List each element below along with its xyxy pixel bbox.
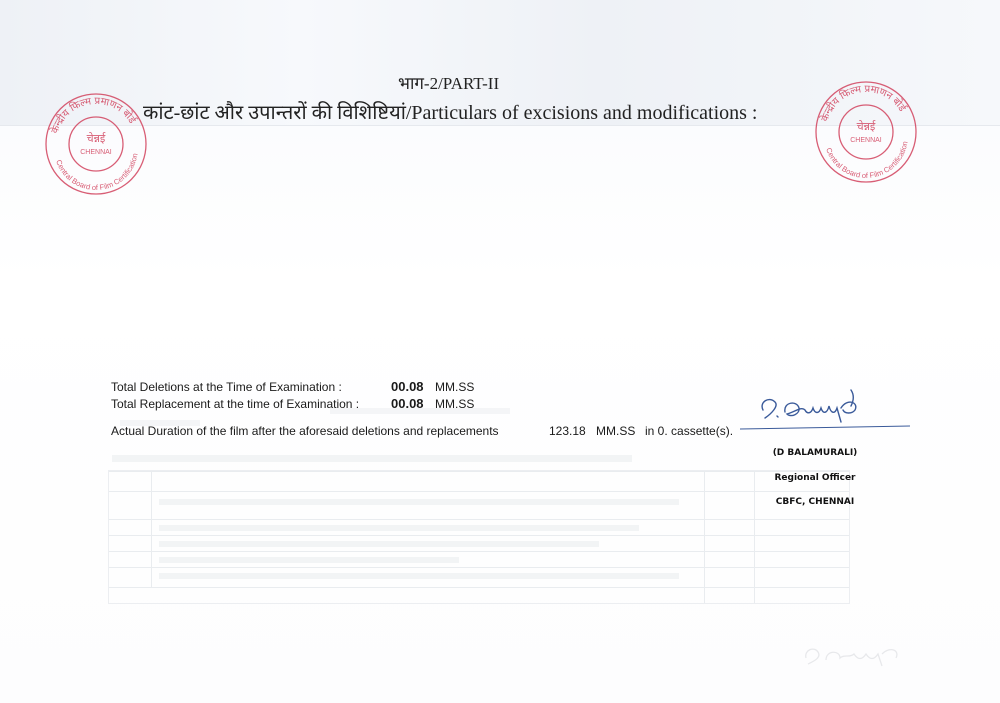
actual-duration-label: Actual Duration of the film after the af… xyxy=(111,424,499,438)
bleed-through-table xyxy=(108,470,850,604)
total-deletions-row: Total Deletions at the Time of Examinati… xyxy=(111,380,342,394)
cbfc-seal-icon: केन्द्रीय फिल्म प्रमाणन बोर्ड Central Bo… xyxy=(42,90,150,198)
actual-duration-value: 123.18 xyxy=(549,424,586,438)
svg-text:CHENNAI: CHENNAI xyxy=(850,137,882,144)
bleed-through-heading xyxy=(112,455,632,462)
svg-text:केन्द्रीय फिल्म प्रमाणन बोर्ड: केन्द्रीय फिल्म प्रमाणन बोर्ड xyxy=(819,84,909,123)
svg-text:Central Board of Film Certific: Central Board of Film Certification xyxy=(824,141,909,181)
svg-text:चेन्नई: चेन्नई xyxy=(857,120,877,133)
svg-text:Central Board of Film Certific: Central Board of Film Certification xyxy=(54,153,139,193)
total-deletions-value: 00.08 xyxy=(391,379,424,394)
svg-text:CHENNAI: CHENNAI xyxy=(80,149,112,156)
total-replacement-row: Total Replacement at the time of Examina… xyxy=(111,397,359,411)
signature-icon xyxy=(755,388,895,428)
total-replacement-label: Total Replacement at the time of Examina… xyxy=(111,397,359,411)
total-replacement-value: 00.08 xyxy=(391,396,424,411)
total-deletions-label: Total Deletions at the Time of Examinati… xyxy=(111,380,342,394)
signatory-office: CBFC, CHENNAI xyxy=(740,497,890,507)
section-title: कांट-छांट और उपान्तरों की विशिष्टियां/Pa… xyxy=(143,98,757,125)
svg-text:केन्द्रीय फिल्म प्रमाणन बोर्ड: केन्द्रीय फिल्म प्रमाणन बोर्ड xyxy=(49,96,139,135)
signatory-name: (D BALAMURALI) xyxy=(740,448,890,458)
total-replacement-unit: MM.SS xyxy=(435,397,474,411)
cbfc-seal-icon: केन्द्रीय फिल्म प्रमाणन बोर्ड Central Bo… xyxy=(812,78,920,186)
page-label: भाग-2/PART-II xyxy=(398,71,499,94)
svg-text:चेन्नई: चेन्नई xyxy=(87,132,107,145)
bleed-through-signature xyxy=(800,640,920,670)
signatory-title: Regional Officer xyxy=(740,473,890,483)
cassette-count: in 0. cassette(s). xyxy=(645,424,733,438)
total-deletions-unit: MM.SS xyxy=(435,380,474,394)
actual-duration-row: Actual Duration of the film after the af… xyxy=(111,424,499,438)
actual-duration-unit: MM.SS xyxy=(596,424,635,438)
